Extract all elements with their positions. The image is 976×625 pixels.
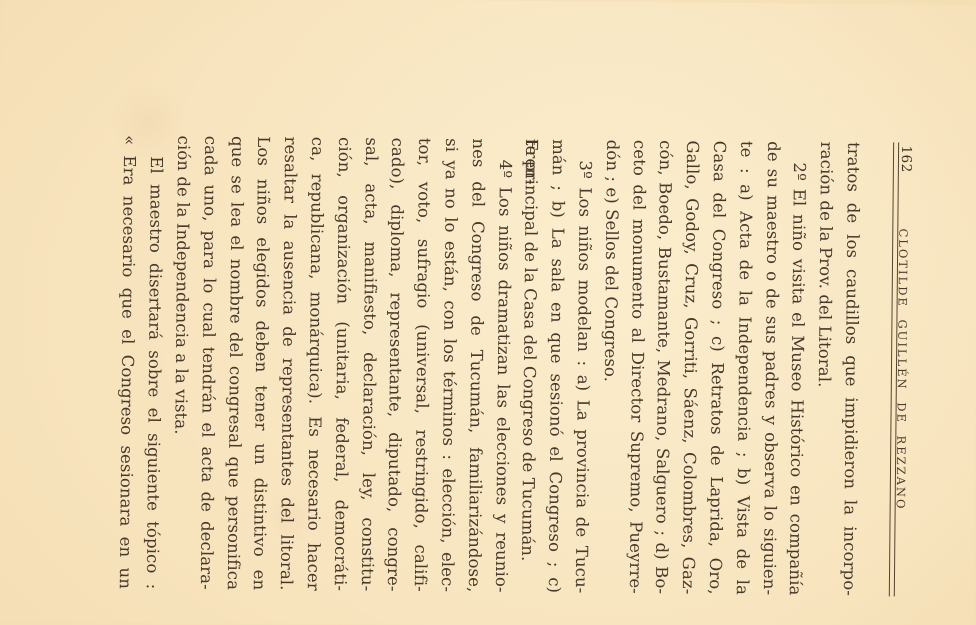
text-line: 4º Los niños dramatizan las elecciones y… <box>486 138 517 592</box>
text-line: sal, acta, manifiesto, declaración, ley,… <box>352 137 383 591</box>
text-line: tratos de los caudillos que impidieron l… <box>835 141 866 595</box>
text-line: Gallo, Godoy, Cruz, Gorriti, Sáenz, Colo… <box>674 140 705 594</box>
text-line: ca, republicana, monárquica). Es necesar… <box>299 136 330 590</box>
text-line: tor, voto, sufragio (universal, restring… <box>406 137 437 591</box>
text-line: 3º Los niños modelan : a) La provincia d… <box>567 139 598 593</box>
text-line: nes del Congreso de Tucumán, familiarizá… <box>459 138 490 592</box>
text-line: si ya no lo están, con los términos : el… <box>433 138 464 592</box>
text-line: ción de la Independencia a la vista. <box>165 135 196 589</box>
text-line: te : a) Acta de la Independencia ; b) Vi… <box>727 140 758 594</box>
text-line: ción, organización (unitaria, federal, d… <box>325 136 356 590</box>
text-line: dón ; e) Sellos del Congreso. <box>593 139 624 593</box>
text-line: cado), diploma, representante, diputado,… <box>379 137 410 591</box>
text-line: que se lea el nombre del congresal que p… <box>218 135 249 589</box>
text-line: Los niños elegidos deben tener un distin… <box>245 136 276 590</box>
text-line: 2º El niño visita el Museo Histórico en … <box>781 141 812 595</box>
text-line: ceto del monumento al Director Supremo, … <box>620 139 651 593</box>
text-line: cón, Boedo, Bustamante, Medrano, Salguer… <box>647 140 678 594</box>
text-line: cada uno, para lo cual tendrán el acta d… <box>191 135 222 589</box>
text-line: mán ; b) La sala en que sesionó el Congr… <box>540 139 571 593</box>
text-line: resaltar la ausencia de representantes d… <box>272 136 303 590</box>
text-line: te principal de la Casa del Congreso de … <box>513 138 544 592</box>
text-line: Casa del Congreso ; c) Retratos de Lapri… <box>701 140 732 594</box>
text-line: El maestro disertará sobre el siguiente … <box>138 135 169 589</box>
scanned-page-screenshot: 162 CLOTILDE GUILLÉN DE REZZANO tratos d… <box>0 0 976 625</box>
text-line: ración de la Prov. del Litoral. <box>808 141 839 595</box>
book-page: 162 CLOTILDE GUILLÉN DE REZZANO tratos d… <box>0 0 976 625</box>
text-line: de su maestro o de sus padres y observa … <box>754 141 785 595</box>
text-line: « Era necesario que el Congreso sesionar… <box>111 134 142 588</box>
text-block: tratos de los caudillos que impidieron l… <box>111 134 866 595</box>
